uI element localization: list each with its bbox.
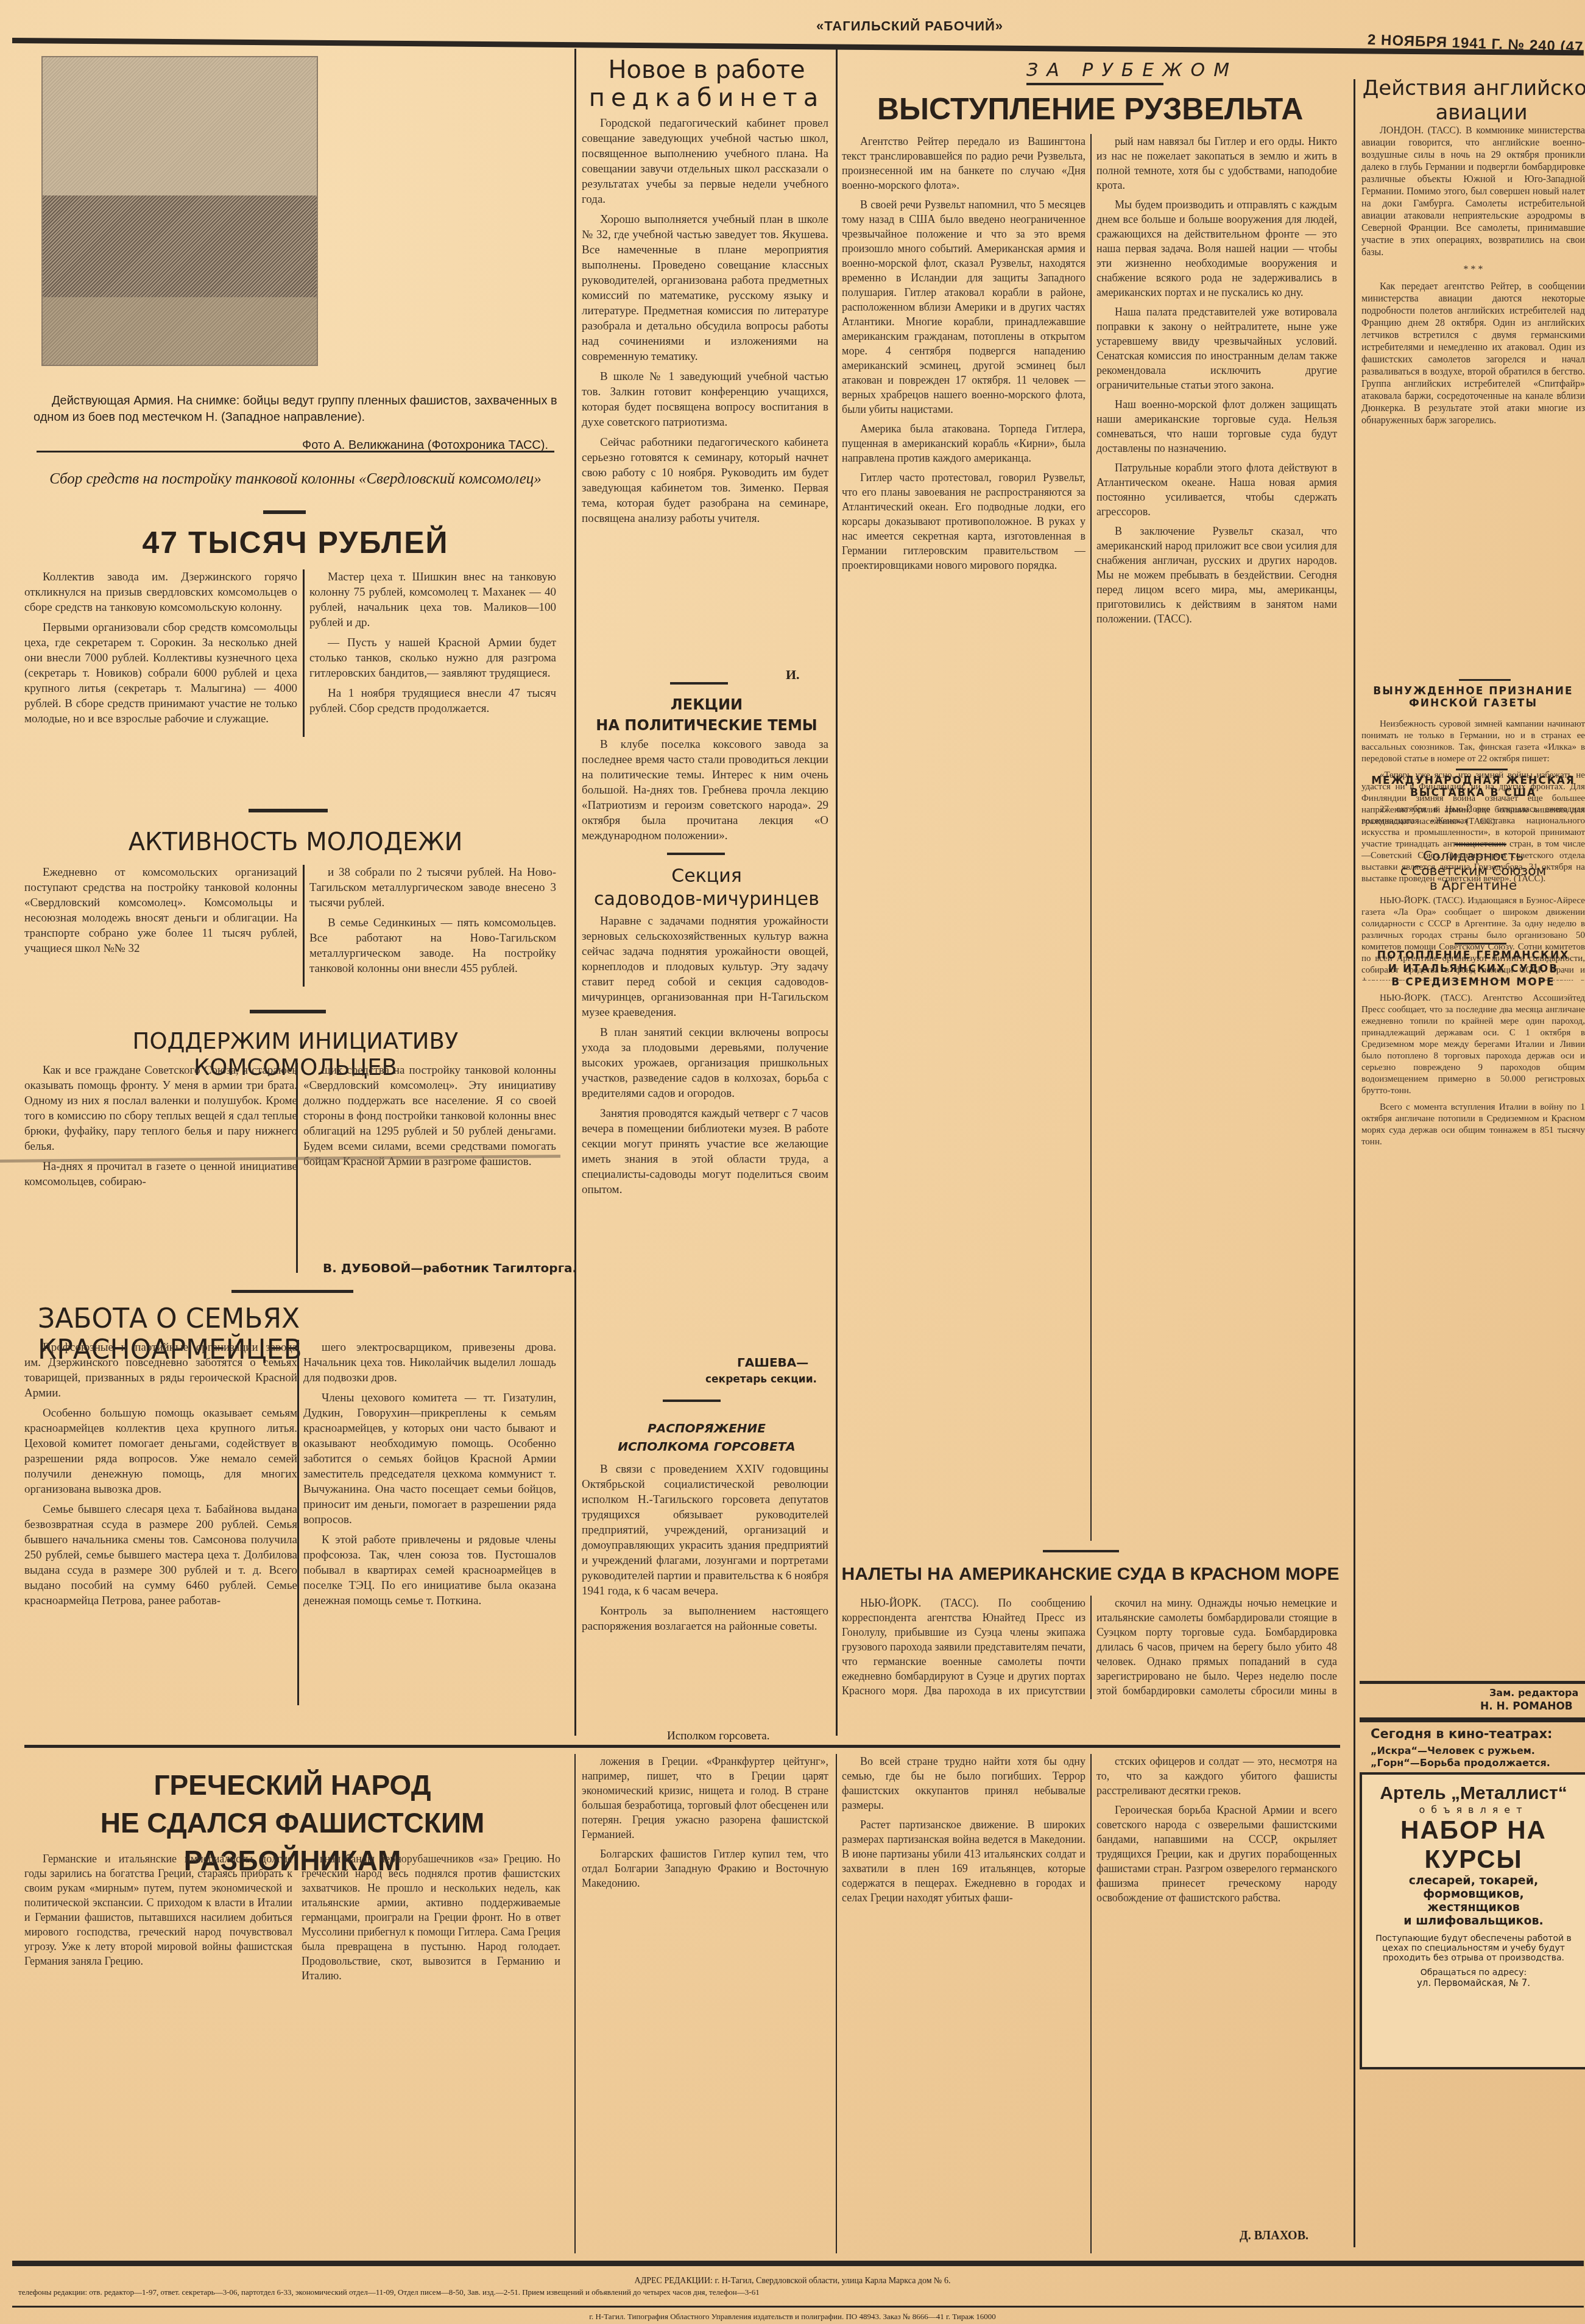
footer-address: АДРЕС РЕДАКЦИИ: г. Н-Тагил, Свердловской… [0,2276,1585,2286]
greece-col-2: гнал банды чернорубашечников «за» Грецию… [302,1851,560,2253]
editor-role: Зам. редактора [1489,1687,1578,1699]
gardeners-signature-name: ГАШЕВА— [737,1355,808,1370]
youth-col-1: Ежедневно от комсомольских организаций п… [24,865,297,999]
divider [249,809,328,812]
greece-col-1: Германские и итальянские империалисты до… [24,1851,292,2253]
cinema-title: Сегодня в кино-театрах: [1371,1727,1552,1741]
pedcabinet-headline: Новое в работе педкабинета [579,56,835,112]
cinema-listing-iskra: „Искра“—Человек с ружьем. [1371,1745,1550,1757]
youth-headline: АКТИВНОСТЬ МОЛОДЕЖИ [37,828,554,856]
diamond-divider [231,1290,353,1293]
red-sea-headline: НАЛЕТЫ НА АМЕРИКАНСКИЕ СУДА В КРАСНОМ МО… [841,1564,1340,1585]
families-col-2: шего электросварщиком, привезены дрова. … [303,1340,556,1705]
wavy-divider [37,451,554,452]
cinema-listings: „Искра“—Человек с ружьем. „Горн“—Борьба … [1371,1745,1550,1769]
tank-col-1: Коллектив завода им. Дзержинского горячо… [24,569,297,752]
ad-headline: НАБОР НА КУРСЫ [1362,1815,1585,1874]
cinema-listing-gorn: „Горн“—Борьба продолжается. [1371,1757,1550,1769]
lectures-body: В клубе поселка коксового завода за посл… [582,737,828,853]
finnish-headline: ВЫНУЖДЕННОЕ ПРИЗНАНИЕ ФИНСКОЙ ГАЗЕТЫ [1361,685,1585,710]
footer-rule [12,2261,1584,2266]
gardeners-signature-role: секретарь секции. [705,1373,817,1386]
ad-artel: Артель „Металлист“ [1362,1783,1585,1804]
gardeners-body: Наравне с задачами поднятия урожайности … [582,914,828,1343]
lectures-headline: ЛЕКЦИИНА ПОЛИТИЧЕСКИЕ ТЕМЫ [579,694,835,736]
paper-name: «ТАГИЛЬСКИЙ РАБОЧИЙ» [816,18,1003,34]
pedcabinet-signature: И. [786,667,800,683]
photo-caption: Действующая Армия. На снимке: бойцы веду… [34,393,557,426]
families-col-1: Профсоюзные и партийные организации заво… [24,1340,297,1693]
roosevelt-col-2: рый нам навязал бы Гитлер и его орды. Ни… [1096,134,1337,1535]
initiative-col-1: Как и все граждане Советского Союза, я с… [24,1063,297,1276]
youth-col-2: и 38 собрали по 2 тысячи рублей. На Ново… [309,865,556,999]
divider [263,510,306,514]
ad-announces: объявляет [1362,1804,1585,1815]
footer-print: г. Н-Тагил. Типография Областного Управл… [0,2312,1585,2322]
red-sea-col-1: НЬЮ-ЙОРК. (ТАСС). По сообщению корреспон… [842,1596,1085,1699]
gardeners-headline: Секциясадоводов-мичуринцев [579,865,835,911]
footer-phones: телефоны редакции: отв. редактор—1-97, о… [18,2287,1585,2297]
metallist-ad: Артель „Металлист“ объявляет НАБОР НА КУ… [1360,1772,1585,2069]
war-photo [41,56,318,366]
decree-signature: Исполком горсовета. [667,1730,770,1743]
initiative-signature: В. ДУБОВОЙ—работник Тагилторга. [323,1261,577,1275]
section-rule [24,1745,1340,1748]
section-abroad: ЗА РУБЕЖОМ [1026,60,1238,81]
greece-col-4: Во всей стране трудно найти хотя бы одну… [842,1754,1085,2253]
aviation-body: ЛОНДОН. (ТАСС). В коммюнике министерства… [1361,125,1585,655]
greece-signature: Д. ВЛАХОВ. [1240,2229,1308,2243]
ad-address-label: Обращаться по адресу: [1362,1968,1585,1977]
ad-address: ул. Первомайская, № 7. [1362,1977,1585,1988]
roosevelt-col-1: Агентство Рейтер передало из Вашингтона … [842,134,1085,1535]
red-sea-col-2: скочил на мину. Однажды ночью немецкие и… [1096,1596,1337,1699]
sinking-headline: ПОТОПЛЕНИЕ ГЕРМАНСКИХИ ИТАЛЬЯНСКИХ СУДОВ… [1361,949,1585,989]
editor-name: Н. Н. РОМАНОВ [1480,1700,1573,1713]
decree-headline: РАСПОРЯЖЕНИЕИСПОЛКОМА ГОРСОВЕТА [579,1419,835,1456]
tank-col-2: Мастер цеха т. Шишкин внес на танковую к… [309,569,556,752]
pedcabinet-body: Городской педагогический кабинет провел … [582,116,828,652]
sinking-body: НЬЮ-ЙОРК. (ТАСС). Агентство Ассошиэйтед … [1361,993,1585,1681]
aviation-headline: Действия английскойавиации [1360,76,1585,125]
greece-col-3: ложения в Греции. «Франкфуртер цейтунг»,… [582,1754,828,2253]
greece-col-5: стских офицеров и солдат — это, несмотря… [1096,1754,1337,2205]
tank-kicker: Сбор средств на постройку танковой колон… [37,469,554,490]
argentina-headline: Солидарностьс Советским Союзомв Аргентин… [1361,850,1585,893]
tank-headline: 47 ТЫСЯЧ РУБЛЕЙ [37,525,554,560]
ad-note: Поступающие будут обеспечены работой в ц… [1368,1934,1579,1963]
divider [250,1010,326,1013]
ad-trades: слесарей, токарей,формовщиков,жестянщико… [1362,1874,1585,1928]
decree-body: В связи с проведением XXIV годовщины Окт… [582,1462,828,1675]
roosevelt-headline: ВЫСТУПЛЕНИЕ РУЗВЕЛЬТА [877,91,1340,127]
womens-expo-headline: МЕЖДУНАРОДНАЯ ЖЕНСКАЯ ВЫСТАВКА В США [1361,775,1585,799]
